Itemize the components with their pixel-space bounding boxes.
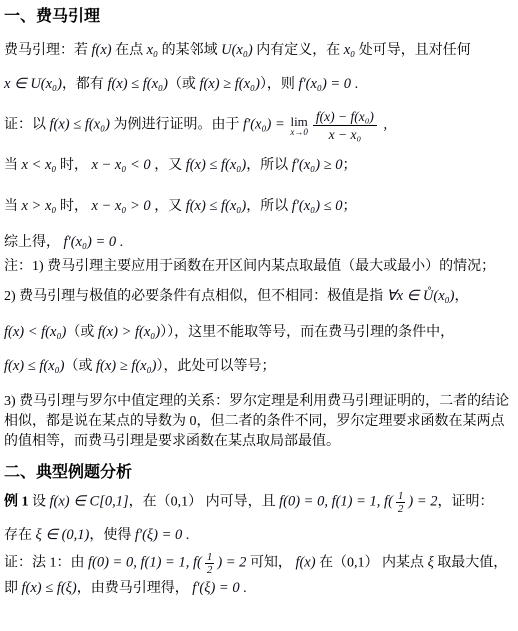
- text-run: ，由费马引理得，: [77, 581, 193, 596]
- text-run: .: [351, 77, 358, 92]
- math-run: x < x₀: [22, 157, 57, 173]
- proof-intro-line: 证：以 f(x) ≤ f(x₀) 为例进行证明。由于 f′(x₀) = limx…: [4, 108, 512, 143]
- math-run: f(x) < f(x₀): [4, 324, 66, 340]
- text-run: 一、费马引理: [4, 8, 100, 25]
- note-2-line-1: 2) 费马引理与极值的必要条件有点相似，但不相同：极值是指 ∀x ∈ Ů(x₀)…: [4, 286, 512, 307]
- text-run: 为例进行证明。由于: [110, 118, 243, 133]
- proof-case-2-line: 当 x > x₀ 时， x − x₀ > 0 ，又 f(x) ≤ f(x₀)，所…: [4, 196, 512, 217]
- document-body: 一、费马引理费马引理：若 f(x) 在点 x₀ 的某邻域 U(x₀) 内有定义，…: [4, 6, 512, 599]
- text-run: 费马引理：若: [4, 43, 92, 58]
- fraction: 12: [205, 551, 215, 576]
- text-run: ，又: [151, 199, 186, 214]
- math-run: f′(ξ) = 0: [135, 527, 182, 543]
- math-run: x₀: [344, 42, 355, 58]
- example-1-proof-line-2: 即 f(x) ≤ f(ξ)，由费马引理得， f′(ξ) = 0 .: [4, 578, 512, 599]
- proof-case-1-line: 当 x < x₀ 时， x − x₀ < 0 ，又 f(x) ≤ f(x₀)，所…: [4, 155, 512, 176]
- math-run: f(x) ≤ f(x₀): [186, 198, 247, 214]
- math-run: f(x) ≤ f(x₀): [186, 157, 247, 173]
- math-run: ) = 2: [217, 555, 246, 571]
- fraction: 12: [396, 490, 406, 515]
- text-run: 证：法 1：由: [4, 556, 88, 571]
- section-2-heading: 二、典型例题分析: [4, 462, 512, 484]
- math-run: f(x) ≥ f(x₀): [96, 358, 157, 374]
- math-run: f(x) ≥ f(x₀): [199, 76, 260, 92]
- example-1-statement-line-1: 例 1 设 f(x) ∈ C[0,1]，在（0,1） 内可导，且 f(0) = …: [4, 490, 512, 515]
- math-run: ∀x ∈ Ů(x₀): [387, 288, 455, 304]
- text-run: ，证明：: [438, 495, 494, 510]
- math-run: x − x₀ < 0: [91, 157, 150, 173]
- example-1-statement-line-2: 存在 ξ ∈ (0,1)，使得 f′(ξ) = 0 .: [4, 525, 512, 546]
- proof-conclusion-line: 综上得， f′(x₀) = 0 .: [4, 232, 512, 253]
- math-run: f′(x₀) = 0: [64, 234, 117, 250]
- text-run: 存在: [4, 528, 36, 543]
- text-run: 综上得，: [4, 235, 64, 250]
- math-run: f(x) ≤ f(x₀): [107, 76, 168, 92]
- example-1-proof-line-1: 证：法 1：由 f(0) = 0, f(1) = 1, f(12) = 2 可知…: [4, 551, 512, 576]
- text-run: ；: [342, 158, 356, 173]
- math-run: f(0) = 0, f(1) = 1, f(: [279, 494, 393, 510]
- text-run: ，都有: [62, 77, 108, 92]
- text-run: 设: [29, 495, 50, 510]
- lemma-statement-line-1: 费马引理：若 f(x) 在点 x₀ 的某邻域 U(x₀) 内有定义，在 x₀ 处…: [4, 40, 512, 61]
- math-run: f(0) = 0, f(1) = 1, f(: [88, 555, 202, 571]
- text-run: 取最大值，: [434, 556, 508, 571]
- math-run: f(x) ≤ f(x₀): [4, 358, 65, 374]
- text-run: （或: [168, 77, 200, 92]
- text-run: 二、典型例题分析: [4, 464, 132, 481]
- math-run: U(x₀): [221, 42, 253, 58]
- section-1-heading: 一、费马引理: [4, 6, 512, 28]
- text-run: 2) 费马引理与极值的必要条件有点相似，但不相同：极值是指: [4, 289, 387, 304]
- fraction: f(x) − f(x₀)x − x₀: [313, 108, 377, 143]
- math-run: x₀: [147, 42, 158, 58]
- text-run: ，: [455, 289, 469, 304]
- math-run: ξ ∈ (0,1): [36, 527, 90, 543]
- math-run: f(x) > f(x₀): [98, 324, 160, 340]
- math-run: x > x₀: [22, 198, 57, 214]
- text-run: 当: [4, 199, 22, 214]
- text-run: 在点: [112, 43, 147, 58]
- text-run: ；: [342, 199, 356, 214]
- text-run: .: [240, 581, 247, 596]
- limit-operator: limx→0: [290, 115, 308, 137]
- text-run: ，又: [151, 158, 186, 173]
- note-3-paragraph: 3) 费马引理与罗尔中值定理的关系：罗尔定理是利用费马引理证明的，二者的结论相似…: [4, 392, 512, 452]
- math-run: f(x) ≤ f(x₀): [50, 117, 111, 133]
- text-run: ，所以: [246, 158, 292, 173]
- math-run: x − x₀ > 0: [91, 198, 150, 214]
- math-run: f(x) ≤ f(ξ): [22, 580, 77, 596]
- text-run: ，在（0,1） 内可导，且: [129, 495, 280, 510]
- text-run: 在（0,1） 内某点: [316, 556, 428, 571]
- text-run: （或: [66, 325, 98, 340]
- text-run: （或: [65, 359, 97, 374]
- math-run: f′(ξ) = 0: [192, 580, 239, 596]
- text-run: 时，: [56, 199, 91, 214]
- note-2-line-2: f(x) < f(x₀)（或 f(x) > f(x₀)）），这里不能取等号，而在…: [4, 322, 512, 343]
- math-run: x ∈ U(x₀): [4, 76, 62, 92]
- text-run: ，所以: [246, 199, 292, 214]
- math-run: ,: [380, 117, 387, 133]
- text-run: .: [182, 528, 189, 543]
- text-run: 3) 费马引理与罗尔中值定理的关系：罗尔定理是利用费马引理证明的，二者的结论相似…: [4, 394, 509, 449]
- note-1-line: 注：1) 费马引理主要应用于函数在开区间内某点取最值（最大或最小）的情况；: [4, 256, 512, 277]
- text-run: 处可导，且对任何: [355, 43, 471, 58]
- note-2-line-3: f(x) ≤ f(x₀)（或 f(x) ≥ f(x₀)），此处可以等号；: [4, 356, 512, 377]
- text-run: ）），这里不能取等号，而在费马引理的条件中，: [160, 325, 454, 340]
- text-run: 的某邻域: [158, 43, 221, 58]
- math-run: ) = 2: [408, 494, 437, 510]
- text-run: 时，: [56, 158, 91, 173]
- text-run: 注：1) 费马引理主要应用于函数在开区间内某点取最值（最大或最小）的情况；: [4, 259, 495, 274]
- document-page: 一、费马引理费马引理：若 f(x) 在点 x₀ 的某邻域 U(x₀) 内有定义，…: [0, 0, 518, 631]
- math-run: f′(x₀) = 0: [298, 76, 351, 92]
- math-run: f′(x₀) ≤ 0: [292, 198, 343, 214]
- text-run: 当: [4, 158, 22, 173]
- math-run: f(x) ∈ C[0,1]: [50, 494, 129, 510]
- math-run: f′(x₀) ≥ 0: [292, 157, 343, 173]
- text-run: ），此处可以等号；: [157, 359, 276, 374]
- text-run: .: [116, 235, 123, 250]
- math-run: f(x): [92, 42, 112, 58]
- text-run: 内有定义，在: [253, 43, 344, 58]
- text-run: ，使得: [89, 528, 135, 543]
- math-run: f(x): [295, 555, 315, 571]
- text-run: 证：以: [4, 118, 50, 133]
- text-run: 可知，: [246, 556, 295, 571]
- text-run: ），则: [260, 77, 299, 92]
- bold-text-run: 例 1: [4, 495, 29, 510]
- math-run: f′(x₀) =: [243, 117, 288, 133]
- lemma-statement-line-2: x ∈ U(x₀)，都有 f(x) ≤ f(x₀)（或 f(x) ≥ f(x₀)…: [4, 74, 512, 95]
- text-run: 即: [4, 581, 22, 596]
